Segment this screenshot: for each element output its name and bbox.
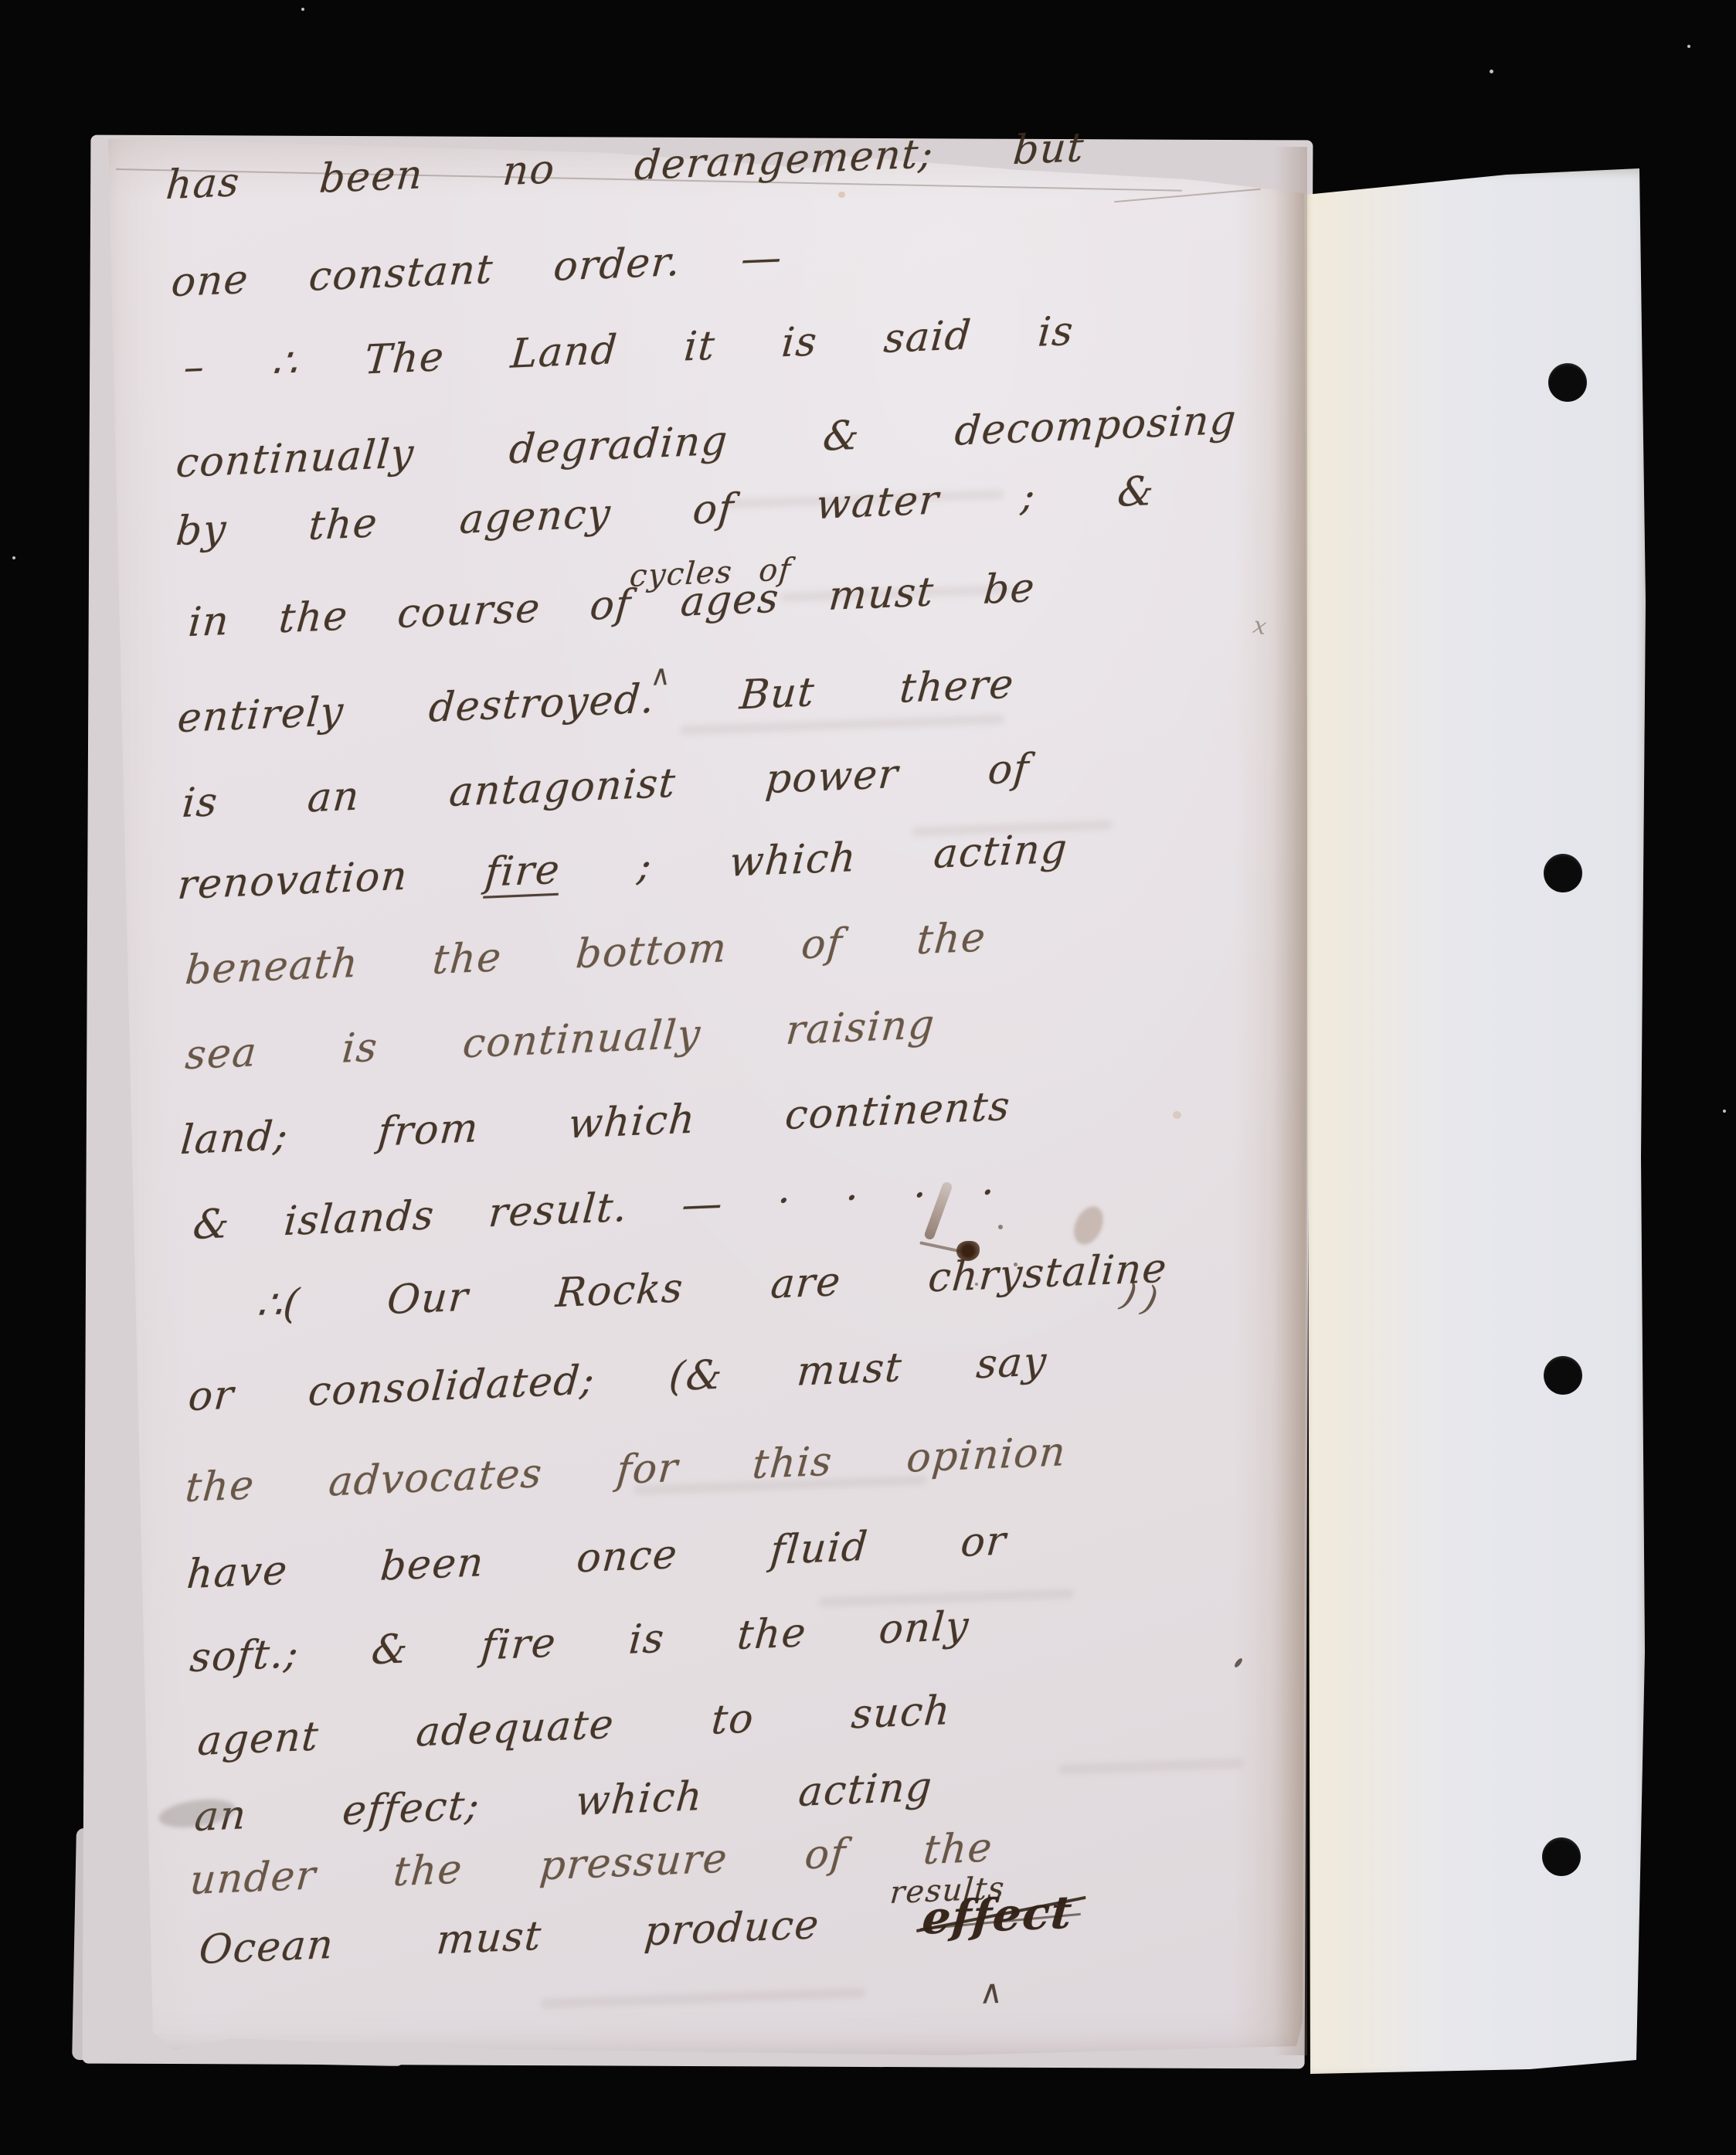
dust-speck (1490, 70, 1493, 73)
underlined-word-fire: fire (483, 847, 562, 896)
marginal-marks: )) (1118, 1275, 1168, 1320)
manuscript-photo: has been no derangement; but one constan… (0, 0, 1736, 2155)
punch-hole-4 (1542, 1837, 1581, 1876)
backing-sheet (1306, 168, 1646, 2079)
caret-mark: ∧ (978, 1974, 1006, 2011)
dust-speck (301, 8, 304, 11)
ink-spatter (975, 1283, 978, 1286)
struck-word-effect: effect (920, 1885, 1075, 1944)
foxing-spot (838, 192, 845, 198)
dust-speck (12, 556, 15, 559)
dust-speck (1723, 1110, 1726, 1113)
ink-spatter (1014, 1263, 1017, 1266)
punch-hole-3 (1544, 1356, 1582, 1395)
punch-hole-2 (1544, 854, 1582, 892)
page-fold-shadow (1273, 147, 1307, 2055)
dust-speck (1687, 45, 1690, 48)
ink-spatter (998, 1225, 1003, 1229)
punch-hole-1 (1548, 363, 1587, 402)
foxing-spot (1173, 1111, 1181, 1119)
